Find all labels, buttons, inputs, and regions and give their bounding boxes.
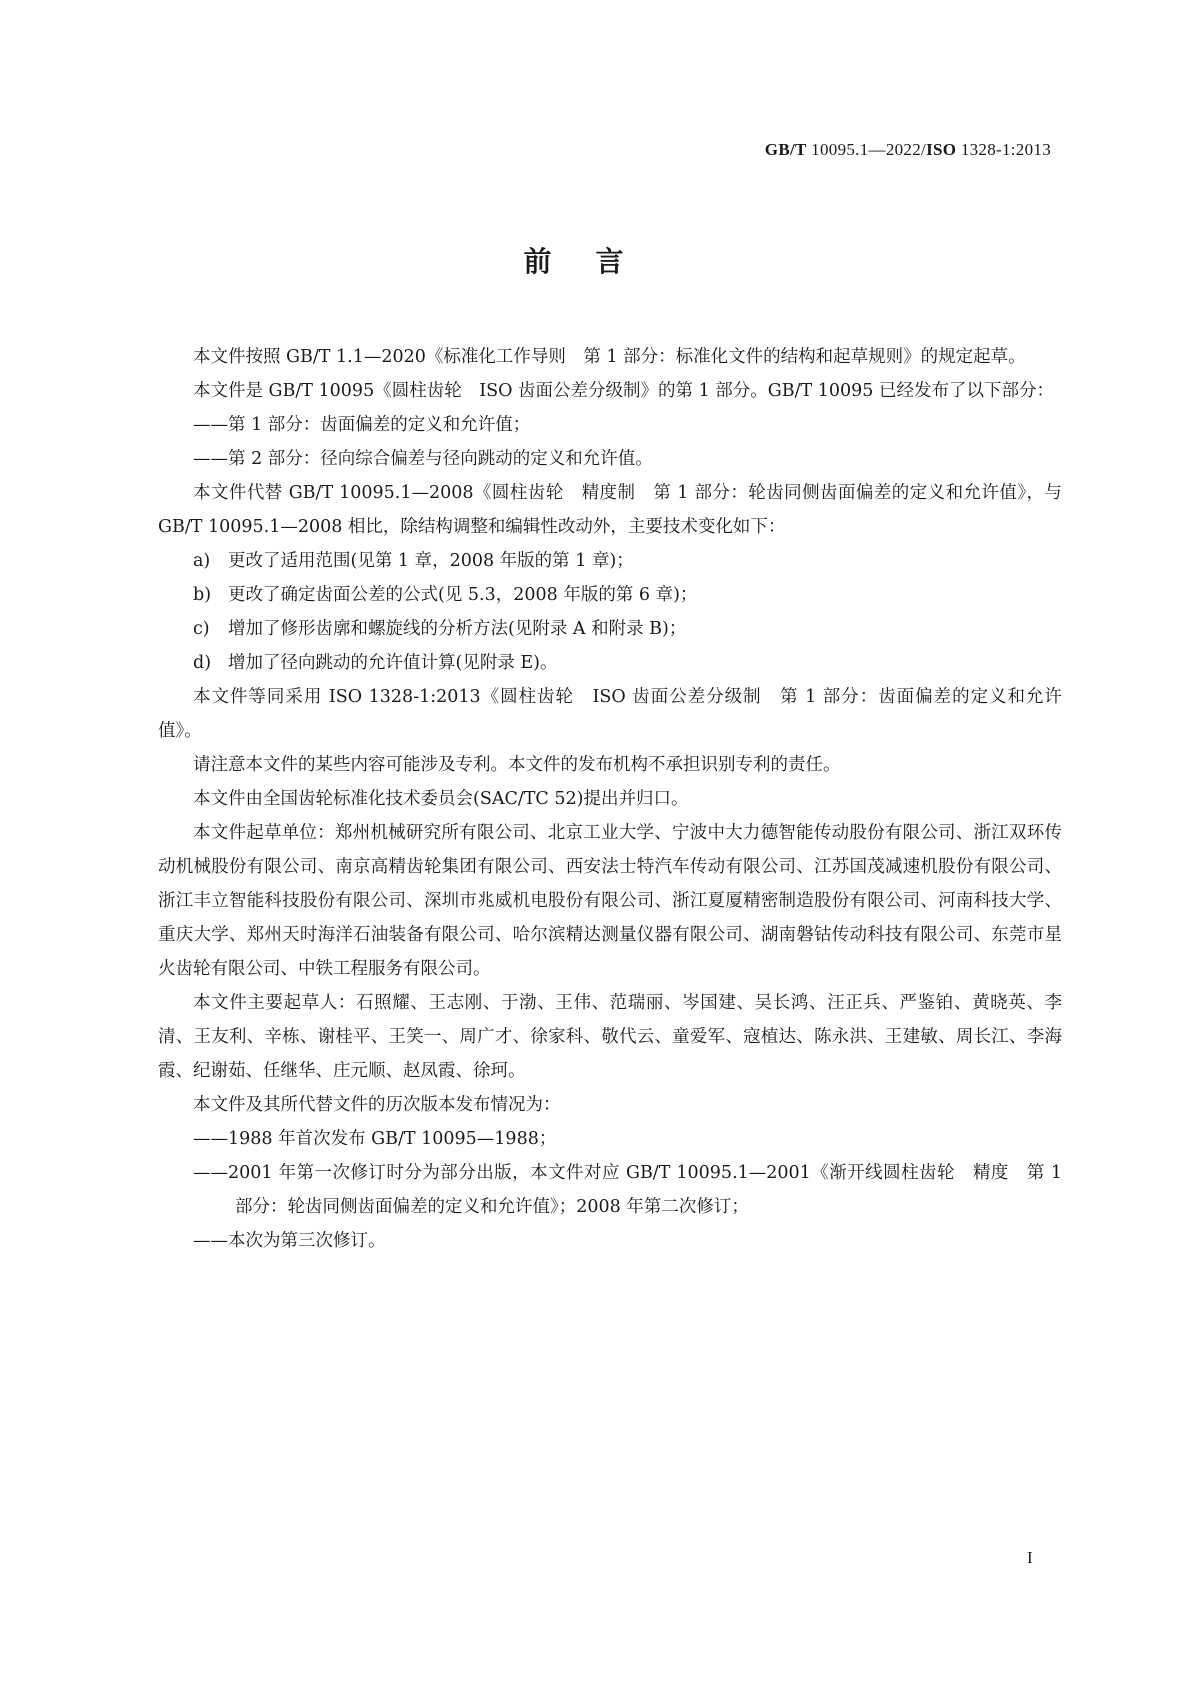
change-label: c)	[193, 612, 228, 646]
change-text: 更改了确定齿面公差的公式(见 5.3，2008 年版的第 6 章)；	[228, 585, 697, 605]
history-item-1988: ——1988 年首次发布 GB/T 10095—1988；	[158, 1122, 1062, 1156]
paragraph-patent-notice: 请注意本文件的某些内容可能涉及专利。本文件的发布机构不承担识别专利的责任。	[158, 748, 1062, 782]
history-item-2001: ——2001 年第一次修订时分为部分出版，本文件对应 GB/T 10095.1—…	[158, 1156, 1062, 1224]
change-label: d)	[193, 646, 228, 680]
paragraph-drafting-rules: 本文件按照 GB/T 1.1—2020《标准化工作导则 第 1 部分：标准化文件…	[158, 340, 1062, 374]
paragraph-drafting-units: 本文件起草单位：郑州机械研究所有限公司、北京工业大学、宁波中大力德智能传动股份有…	[158, 816, 1062, 986]
paragraph-history-intro: 本文件及其所代替文件的历次版本发布情况为：	[158, 1088, 1062, 1122]
code-main: 10095.1—2022/	[807, 140, 926, 159]
page-number: I	[1027, 1548, 1033, 1568]
list-item-part1: ——第 1 部分：齿面偏差的定义和允许值；	[158, 408, 1062, 442]
change-item-b: b)更改了确定齿面公差的公式(见 5.3，2008 年版的第 6 章)；	[158, 578, 1062, 612]
code-suffix: 1328-1:2013	[956, 140, 1051, 159]
change-label: a)	[193, 544, 228, 578]
page-title: 前言	[0, 240, 1191, 280]
paragraph-iso-adoption: 本文件等同采用 ISO 1328-1:2013《圆柱齿轮 ISO 齿面公差分级制…	[158, 680, 1062, 748]
change-text: 更改了适用范围(见第 1 章，2008 年版的第 1 章)；	[228, 551, 634, 571]
change-item-c: c)增加了修形齿廓和螺旋线的分析方法(见附录 A 和附录 B)；	[158, 612, 1062, 646]
change-item-d: d)增加了径向跳动的允许值计算(见附录 E)。	[158, 646, 1062, 680]
paragraph-drafters: 本文件主要起草人：石照耀、王志刚、于渤、王伟、范瑞丽、岑国建、吴长鸿、汪正兵、严…	[158, 986, 1062, 1088]
paragraph-replaces: 本文件代替 GB/T 10095.1—2008《圆柱齿轮 精度制 第 1 部分：…	[158, 476, 1062, 544]
code-iso: ISO	[926, 140, 956, 159]
history-item-current: ——本次为第三次修订。	[158, 1224, 1062, 1258]
standard-code-header: GB/T 10095.1—2022/ISO 1328-1:2013	[765, 140, 1051, 160]
change-item-a: a)更改了适用范围(见第 1 章，2008 年版的第 1 章)；	[158, 544, 1062, 578]
code-prefix: GB/T	[765, 140, 807, 159]
paragraph-committee: 本文件由全国齿轮标准化技术委员会(SAC/TC 52)提出并归口。	[158, 782, 1062, 816]
list-item-part2: ——第 2 部分：径向综合偏差与径向跳动的定义和允许值。	[158, 442, 1062, 476]
paragraph-series-parts: 本文件是 GB/T 10095《圆柱齿轮 ISO 齿面公差分级制》的第 1 部分…	[158, 374, 1062, 408]
change-text: 增加了径向跳动的允许值计算(见附录 E)。	[228, 653, 558, 673]
change-text: 增加了修形齿廓和螺旋线的分析方法(见附录 A 和附录 B)；	[228, 619, 686, 639]
foreword-body: 本文件按照 GB/T 1.1—2020《标准化工作导则 第 1 部分：标准化文件…	[158, 340, 1062, 1258]
change-label: b)	[193, 578, 228, 612]
